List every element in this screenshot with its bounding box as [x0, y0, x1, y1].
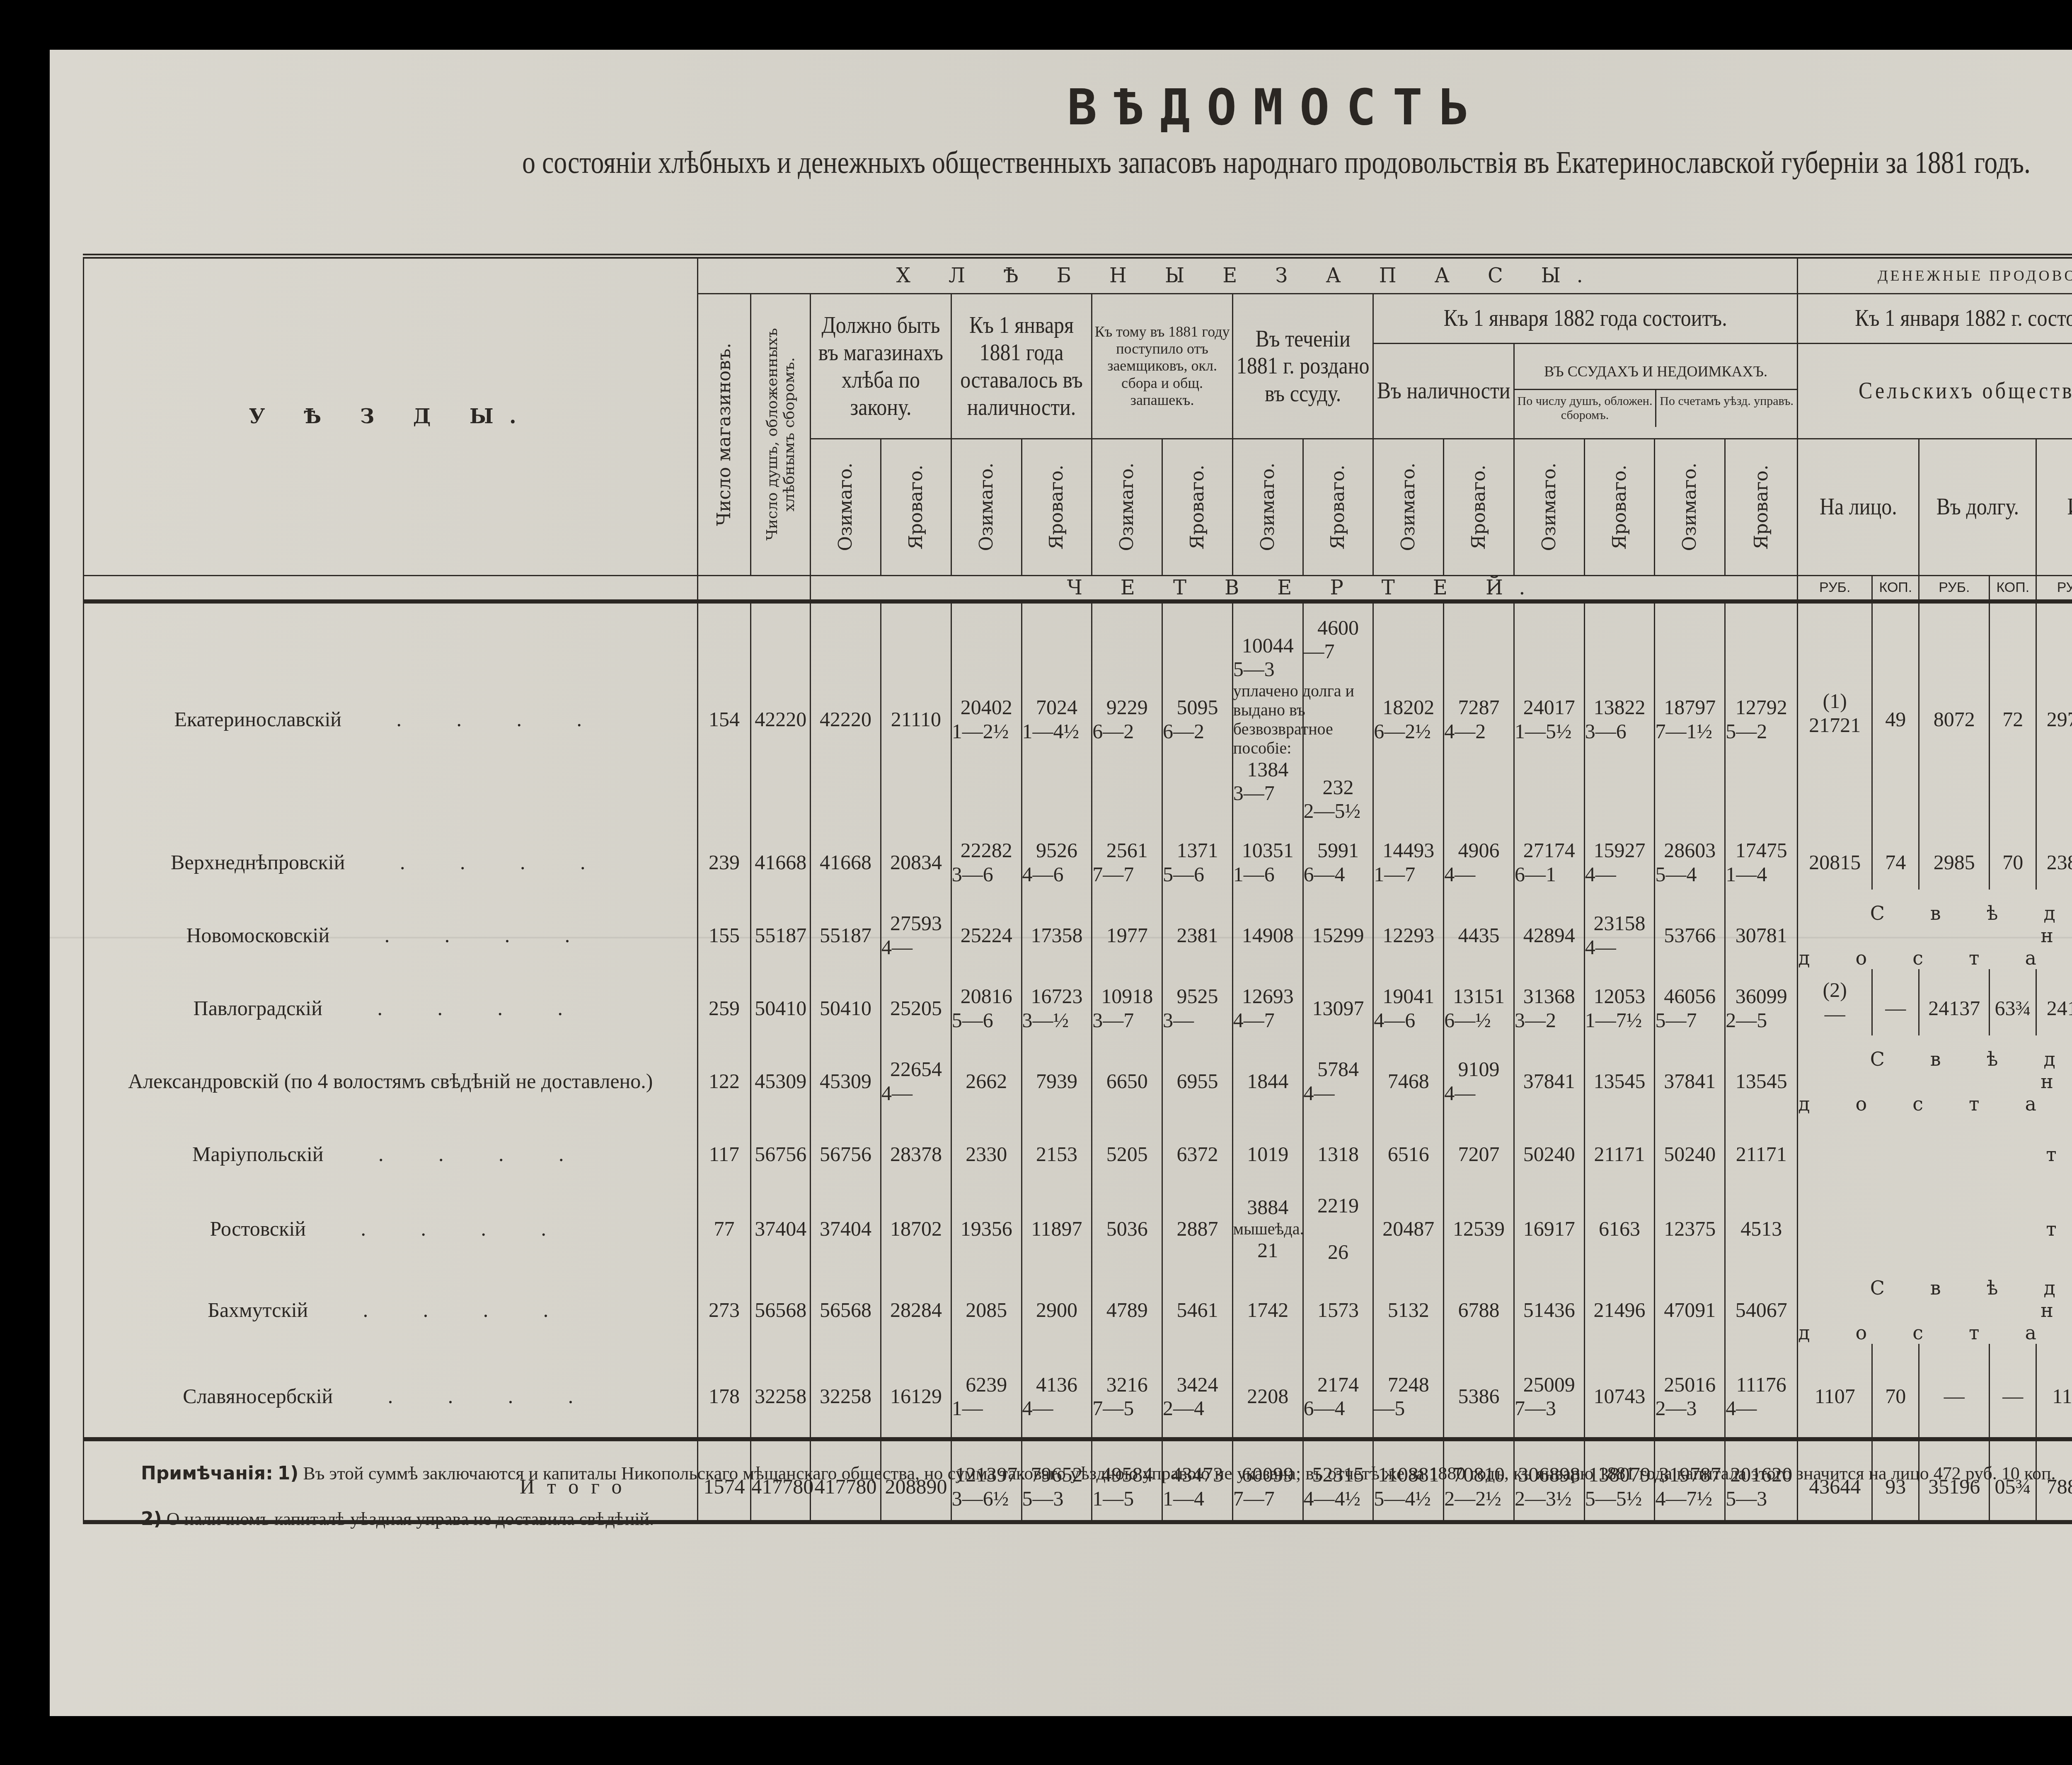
header-jan1881: Къ 1 января 1881 года оставалось въ нали… — [951, 283, 1092, 450]
uezd-name-text: Екатеринославскiй — [174, 708, 342, 731]
grain-fraction: 5—4 — [1655, 863, 1724, 887]
grain-cell: 45309 — [811, 1035, 881, 1115]
uezd-name: Екатеринославскiй . . . . — [84, 601, 698, 823]
grain-value: 2330 — [966, 1142, 1007, 1166]
grain-cell: 32167—5 — [1092, 1344, 1162, 1439]
grain-cell: 226544— — [881, 1035, 951, 1115]
grain-cell: 117 — [697, 1115, 751, 1181]
grain-fraction: 5—2 — [1726, 720, 1797, 744]
money-cell: 70 — [1872, 1344, 1919, 1439]
footnote-2: 2) О наличномъ капиталѣ уѣздная управа н… — [141, 1496, 2072, 1542]
uezd-name-text: Павлоградскiй — [194, 996, 322, 1020]
grain-value: 154 — [709, 708, 740, 731]
grain-fraction: 2—3 — [1655, 1396, 1724, 1421]
grain-cell: 187977—1½ — [1655, 601, 1725, 823]
grain-cell: 42220 — [751, 601, 811, 823]
grain-cell: 222823—6 — [951, 823, 1021, 890]
grain-value: 50410 — [820, 996, 871, 1020]
grain-cell: 5386 — [1444, 1344, 1514, 1439]
grain-cell: 1977 — [1092, 890, 1162, 969]
grain-value: 12293 — [1382, 924, 1434, 947]
grain-cell: 271746—1 — [1514, 823, 1584, 890]
extra-value: 232 — [1304, 776, 1373, 800]
grain-value: 1371 — [1176, 839, 1218, 862]
money-message: то же. — [1798, 1115, 2072, 1181]
uezd-name: Славяносербскiй . . . . — [84, 1344, 698, 1439]
grain-cell: 20834 — [881, 823, 951, 890]
grain-cell: 20487 — [1373, 1181, 1444, 1264]
money-value: — — [2002, 1384, 2023, 1408]
grain-cell: 21496 — [1584, 1264, 1655, 1344]
grain-fraction: 3—7 — [1092, 1009, 1162, 1033]
grain-cell: 77 — [697, 1181, 751, 1264]
grain-fraction: —5 — [1374, 1396, 1443, 1421]
grain-fraction: 1—6 — [1233, 863, 1302, 887]
grain-value: 25224 — [961, 924, 1012, 947]
grain-cell: 21746—4 — [1303, 1344, 1373, 1439]
grain-fraction: 5—6 — [952, 1009, 1021, 1033]
money-value: 1107 — [2052, 1384, 2072, 1408]
header-blank — [84, 575, 698, 601]
grain-cell: 250097—3 — [1514, 1344, 1584, 1439]
grain-value: 9229 — [1106, 696, 1148, 719]
grain-value: 4789 — [1106, 1298, 1148, 1321]
money-cell: 24137 — [1919, 969, 1990, 1035]
grain-cell: 16917 — [1514, 1181, 1584, 1264]
money-cell: 1107 — [1798, 1344, 1872, 1439]
grain-cell: 42894 — [1514, 890, 1584, 969]
grain-value: 32258 — [755, 1384, 806, 1408]
grain-value: 4136 — [1036, 1373, 1077, 1396]
grain-value: 5461 — [1176, 1298, 1218, 1321]
grain-value: 9109 — [1458, 1057, 1500, 1081]
leader-dots: . . . . — [347, 996, 588, 1020]
document-title: ВѢДОМОСТЬ — [0, 79, 2072, 136]
grain-cell: 56756 — [811, 1115, 881, 1181]
grain-fraction: 4—2 — [1444, 720, 1513, 744]
grain-value: 18797 — [1664, 696, 1716, 719]
grain-cell: 6372 — [1162, 1115, 1233, 1181]
uezd-name: Павлоградскiй . . . . — [84, 969, 698, 1035]
grain-fraction: 7—7 — [1092, 863, 1162, 887]
grain-cell: 50410 — [751, 969, 811, 1035]
uezd-name-text: Бахмутскiй — [208, 1298, 308, 1321]
grain-fraction: 4— — [1022, 1396, 1092, 1421]
grain-cell: 13097 — [1303, 969, 1373, 1035]
grain-cell: 7248—5 — [1373, 1344, 1444, 1439]
grain-cell: 208165—6 — [951, 969, 1021, 1035]
grain-cell: 18702 — [881, 1181, 951, 1264]
grain-value: 122 — [709, 1069, 740, 1093]
grain-value: 9525 — [1176, 984, 1218, 1008]
grain-cell: 37404 — [751, 1181, 811, 1264]
grain-value: 3884 — [1247, 1195, 1288, 1219]
grain-value: 18202 — [1382, 696, 1434, 719]
grain-fraction: 6—2 — [1092, 720, 1162, 744]
money-message: Свѣдѣнiй не доставлено. — [1798, 1035, 2072, 1115]
grain-value: 7287 — [1458, 696, 1500, 719]
grain-cell: 15299 — [1303, 890, 1373, 969]
grain-cell: 6163 — [1584, 1181, 1655, 1264]
grain-cell: 103511—6 — [1232, 823, 1303, 890]
grain-fraction: 4— — [1444, 1081, 1513, 1106]
grain-value: 47091 — [1664, 1298, 1716, 1321]
grain-cell: 32258 — [751, 1344, 811, 1439]
grain-cell: 13715—6 — [1162, 823, 1233, 890]
header-winter: Озимаго. — [1092, 439, 1162, 575]
grain-value: 51436 — [1523, 1298, 1575, 1321]
grain-fraction: 1—7½ — [1585, 1009, 1654, 1033]
header-in-loans: ВЪ ССУДАХЪ И НЕДОИМКАХЪ. По числу душъ, … — [1514, 343, 1797, 439]
grain-cell: 120531—7½ — [1584, 969, 1655, 1035]
grain-cell: 25617—7 — [1092, 823, 1162, 890]
grain-value: 46056 — [1664, 984, 1716, 1008]
grain-value: 155 — [709, 924, 740, 947]
header-spring: Яроваго. — [1021, 439, 1092, 575]
grain-value: 50410 — [755, 996, 806, 1020]
grain-fraction: 3—½ — [1022, 1009, 1092, 1033]
header-spring: Яроваго. — [1584, 439, 1655, 575]
grain-cell: 11897 — [1021, 1181, 1092, 1264]
money-value: 24137 — [1928, 996, 1980, 1020]
leader-dots: . . . . — [358, 1384, 598, 1408]
header-received1881: Къ тому въ 1881 году поступило отъ заемщ… — [1092, 293, 1233, 439]
grain-fraction: 6—4 — [1304, 863, 1373, 887]
uezd-name-text: Александровскiй (по 4 волостямъ свѣдѣнiй… — [128, 1069, 653, 1093]
grain-cell: 144931—7 — [1373, 823, 1444, 890]
grain-value: 5132 — [1388, 1298, 1429, 1321]
grain-value: 13151 — [1453, 984, 1505, 1008]
grain-value: 12539 — [1453, 1217, 1505, 1240]
table-body: Екатеринославскiй . . . .154422204222021… — [84, 601, 2072, 1522]
grain-cell: 28378 — [881, 1115, 951, 1181]
grain-cell: 55187 — [811, 890, 881, 969]
grain-fraction: 1— — [952, 1396, 1021, 1421]
grain-value: 23158 — [1594, 912, 1646, 935]
grain-value: 37404 — [820, 1217, 871, 1240]
grain-cell: 4435 — [1444, 890, 1514, 969]
grain-cell: 37404 — [811, 1181, 881, 1264]
grain-cell: 4789 — [1092, 1264, 1162, 1344]
grain-fraction: —7 — [1304, 640, 1373, 664]
grain-value: 53766 — [1664, 924, 1716, 947]
money-cell: (2)— — [1798, 969, 1872, 1035]
footnotes: Примѣчанiя: 1) Въ этой суммѣ заключаются… — [141, 1451, 2072, 1542]
grain-value: 1318 — [1317, 1142, 1359, 1166]
grain-value: 5036 — [1106, 1217, 1148, 1240]
grain-value: 12375 — [1664, 1217, 1716, 1240]
money-value: 74 — [1885, 851, 1906, 874]
money-value: 70 — [2002, 851, 2023, 874]
grain-fraction: 6—2½ — [1374, 720, 1443, 744]
grain-value: 21110 — [891, 708, 941, 731]
grain-value: 21171 — [1736, 1142, 1787, 1166]
grain-value: 6788 — [1458, 1298, 1500, 1321]
grain-value: 5205 — [1106, 1142, 1148, 1166]
grain-cell: 1573 — [1303, 1264, 1373, 1344]
grain-value: 4435 — [1458, 924, 1500, 947]
grain-cell: 100445—3уплачено долга и выдано въ безво… — [1232, 601, 1303, 823]
header-blank — [697, 575, 811, 601]
grain-value: 4906 — [1458, 839, 1500, 862]
grain-fraction: 1—4 — [1726, 863, 1797, 887]
grain-value: 10918 — [1101, 984, 1153, 1008]
grain-value: 13097 — [1312, 996, 1364, 1020]
grain-fraction: 4— — [881, 936, 951, 960]
grain-value: 2662 — [966, 1069, 1007, 1093]
grain-value: 1844 — [1247, 1069, 1288, 1093]
grain-value: 41668 — [820, 851, 871, 874]
grain-fraction: 4—6 — [1374, 1009, 1443, 1033]
grain-value: 12053 — [1594, 984, 1646, 1008]
grain-value: 37841 — [1523, 1069, 1575, 1093]
grain-cell: 12375 — [1655, 1181, 1725, 1264]
grain-fraction: 4—7 — [1233, 1009, 1302, 1033]
uezd-name: Александровскiй (по 4 волостямъ свѣдѣнiй… — [84, 1035, 698, 1115]
grain-cell: 42220 — [811, 601, 881, 823]
money-footnote-ref: (2) — [1798, 978, 1871, 1002]
grain-cell: 72874—2 — [1444, 601, 1514, 823]
header-spring: Яроваго. — [881, 439, 951, 575]
grain-value: 1573 — [1317, 1298, 1359, 1321]
grain-cell: 1742 — [1232, 1264, 1303, 1344]
grain-cell: 95253— — [1162, 969, 1233, 1035]
grain-value: 20816 — [961, 984, 1012, 1008]
grain-fraction: 5—3 — [1233, 657, 1302, 681]
money-cell: 24137 — [2036, 969, 2072, 1035]
grain-fraction: 4— — [1585, 936, 1654, 960]
money-cell: 23801 — [2036, 823, 2072, 890]
grain-value: 9526 — [1036, 839, 1077, 862]
grain-cell: 62391— — [951, 1344, 1021, 1439]
grain-cell: 30781 — [1725, 890, 1798, 969]
grain-value: 5095 — [1176, 696, 1218, 719]
money-cell: 70 — [1990, 823, 2036, 890]
table-row: Екатеринославскiй . . . .154422204222021… — [84, 601, 2072, 823]
table-row: Марiупольскiй . . . .1175675656756283782… — [84, 1115, 2072, 1181]
grain-cell: 2208 — [1232, 1344, 1303, 1439]
grain-cell: 5132 — [1373, 1264, 1444, 1344]
uezd-name-text: Славяносербскiй — [183, 1384, 333, 1408]
grain-value: 7939 — [1036, 1069, 1077, 1093]
grain-cell: 41668 — [811, 823, 881, 890]
grain-cell: 2085 — [951, 1264, 1021, 1344]
grain-cell: 1019 — [1232, 1115, 1303, 1181]
grain-fraction: 6—1 — [1515, 863, 1584, 887]
grain-value: 14908 — [1242, 924, 1294, 947]
grain-fraction: 6—2 — [1163, 720, 1232, 744]
uezd-name-text: Марiупольскiй — [192, 1142, 324, 1166]
header-chetvertey: Ч Е Т В Е Р Т Е Й. — [811, 575, 1798, 601]
grain-value: 55187 — [820, 924, 871, 947]
leader-dots: . . . . — [366, 708, 607, 731]
grain-value: 4600 — [1317, 616, 1359, 639]
grain-value: 6955 — [1176, 1069, 1218, 1093]
grain-value: 50240 — [1664, 1142, 1716, 1166]
grain-cell: 50956—2 — [1162, 601, 1233, 823]
uezd-name-text: Новомосковскiй — [186, 924, 329, 947]
money-value: 1107 — [1815, 1384, 1855, 1408]
grain-value: 7207 — [1458, 1142, 1500, 1166]
grain-value: 30781 — [1736, 924, 1787, 947]
grain-cell: 47091 — [1655, 1264, 1725, 1344]
money-message: то же. — [1798, 1181, 2072, 1264]
grain-cell: 360992—5 — [1725, 969, 1798, 1035]
grain-cell: 109183—7 — [1092, 969, 1162, 1035]
grain-value: 37841 — [1664, 1069, 1716, 1093]
grain-cell: 7468 — [1373, 1035, 1444, 1115]
footnote-2-text: О наличномъ капиталѣ уѣздная управа не д… — [167, 1509, 654, 1529]
grain-fraction: 7—3 — [1515, 1396, 1584, 1421]
grain-cell: 54067 — [1725, 1264, 1798, 1344]
money-cell: 63¾ — [1990, 969, 2036, 1035]
grain-cell: 7939 — [1021, 1035, 1092, 1115]
grain-value: 6516 — [1388, 1142, 1429, 1166]
grain-value: 45309 — [755, 1069, 806, 1093]
header-should-be: Должно быть въ магазинахъ хлѣба по закон… — [811, 283, 951, 450]
money-value: — — [1825, 1002, 1845, 1026]
grain-cell: 5036 — [1092, 1181, 1162, 1264]
grain-fraction: 3—2 — [1515, 1009, 1584, 1033]
uezd-name: Верхнеднѣпровскiй . . . . — [84, 823, 698, 890]
grain-fraction: 3—6 — [1585, 720, 1654, 744]
grain-cell: 59916—4 — [1303, 823, 1373, 890]
grain-cell: 182026—2½ — [1373, 601, 1444, 823]
grain-cell: 174751—4 — [1725, 823, 1798, 890]
table-row: Верхнеднѣпровскiй . . . .239416684166820… — [84, 823, 2072, 890]
footnote-1-text: Въ этой суммѣ заключаются и капиталы Ник… — [303, 1463, 2055, 1484]
grain-cell: 34242—4 — [1162, 1344, 1233, 1439]
footnote-1-marker: 1) — [278, 1463, 299, 1484]
grain-value: 14493 — [1382, 839, 1434, 862]
grain-value: 259 — [709, 996, 740, 1020]
money-cell: (1)21721 — [1798, 601, 1872, 823]
grain-value: 17358 — [1031, 924, 1082, 947]
grain-value: 4513 — [1740, 1217, 1782, 1240]
grain-value: 42220 — [755, 708, 806, 731]
grain-fraction: 1—5½ — [1515, 720, 1584, 744]
grain-value: 18702 — [890, 1217, 942, 1240]
grain-value: 2085 — [966, 1298, 1007, 1321]
grain-cell: 5461 — [1162, 1264, 1233, 1344]
grain-value: 22282 — [961, 839, 1012, 862]
leader-dots: . . . . — [331, 1217, 571, 1240]
money-value: 70 — [1885, 1384, 1906, 1408]
money-message: Свѣдѣнiй не доставлено. — [1798, 890, 2072, 969]
grain-value: 24017 — [1523, 696, 1575, 719]
leader-dots: . . . . — [370, 851, 610, 874]
money-message: Свѣдѣнiй не доставлено. — [1798, 1264, 2072, 1344]
grain-value: 55187 — [755, 924, 806, 947]
extra-note: уплачено долга и выдано въ безвозвратное… — [1233, 681, 1366, 758]
grain-cell: 159274— — [1584, 823, 1655, 890]
money-cell: 8072 — [1919, 601, 1990, 823]
grain-value: 6372 — [1176, 1142, 1218, 1166]
header-on-hand: Въ наличности — [1373, 336, 1514, 446]
grain-value: 1742 — [1247, 1298, 1288, 1321]
grain-cell: 19356 — [951, 1181, 1021, 1264]
grain-value: 11897 — [1031, 1217, 1082, 1240]
grain-value: 28603 — [1664, 839, 1716, 862]
grain-value: 2561 — [1106, 839, 1148, 862]
table-row: Павлоградскiй . . . .2595041050410252052… — [84, 969, 2072, 1035]
money-cell: 49 — [1872, 601, 1919, 823]
grain-value: 2153 — [1036, 1142, 1077, 1166]
grain-value: 2208 — [1247, 1384, 1288, 1408]
grain-cell: 131516—½ — [1444, 969, 1514, 1035]
grain-value: 1977 — [1106, 924, 1148, 947]
grain-value: 17475 — [1736, 839, 1787, 862]
grain-fraction: 4— — [1444, 863, 1513, 887]
grain-fraction: 1—4½ — [1022, 720, 1092, 744]
grain-value: 56756 — [755, 1142, 806, 1166]
grain-cell: 6788 — [1444, 1264, 1514, 1344]
money-value: 24137 — [2047, 996, 2072, 1020]
grain-value: 42894 — [1523, 924, 1575, 947]
grain-cell: 204021—2½ — [951, 601, 1021, 823]
grain-cell: 4513 — [1725, 1181, 1798, 1264]
grain-fraction: 3—6 — [952, 863, 1021, 887]
uezd-name: Бахмутскiй . . . . — [84, 1264, 698, 1344]
header-winter: Озимаго. — [1232, 439, 1303, 575]
money-cell: 2985 — [1919, 823, 1990, 890]
money-value: 20815 — [1809, 851, 1861, 874]
grain-cell: 51436 — [1514, 1264, 1584, 1344]
uezd-name: Новомосковскiй . . . . — [84, 890, 698, 969]
grain-cell: 70241—4½ — [1021, 601, 1092, 823]
grain-value: 178 — [709, 1384, 740, 1408]
header-debt: Въ долгу. — [1919, 428, 2036, 586]
grain-value: 36099 — [1736, 984, 1787, 1008]
grain-value: 27174 — [1523, 839, 1575, 862]
grain-cell: 50240 — [1655, 1115, 1725, 1181]
header-winter: Озимаго. — [951, 439, 1021, 575]
header-num-souls: Число душъ, обложенныхъ хлѣбнымъ сборомъ… — [751, 293, 811, 575]
grain-cell: 50240 — [1514, 1115, 1584, 1181]
document-subtitle: о состоянiи хлѣбныхъ и денежныхъ обществ… — [0, 144, 2072, 181]
grain-value: 13545 — [1736, 1069, 1787, 1093]
grain-value: 6163 — [1599, 1217, 1640, 1240]
grain-fraction: 3— — [1163, 1009, 1232, 1033]
grain-fraction: 4—6 — [1022, 863, 1092, 887]
grain-value: 20487 — [1382, 1217, 1434, 1240]
grain-value: 19356 — [961, 1217, 1012, 1240]
extra-value: 21 — [1233, 1239, 1302, 1263]
grain-cell: 111764— — [1725, 1344, 1798, 1439]
grain-value: 239 — [709, 851, 740, 874]
grain-fraction: 1—7 — [1374, 863, 1443, 887]
uezd-name-text: Ростовскiй — [210, 1217, 306, 1240]
grain-value: 21171 — [1594, 1142, 1645, 1166]
uezd-name-text: Верхнеднѣпровскiй — [171, 851, 345, 874]
grain-cell: 2153 — [1021, 1115, 1092, 1181]
grain-value: 2887 — [1176, 1217, 1218, 1240]
grain-cell: 7207 — [1444, 1115, 1514, 1181]
money-cell: 74 — [1872, 823, 1919, 890]
money-cell: 1107 — [2036, 1344, 2072, 1439]
grain-cell: 6516 — [1373, 1115, 1444, 1181]
grain-cell: 178 — [697, 1344, 751, 1439]
grain-cell: 273 — [697, 1264, 751, 1344]
header-uezdy: У Ѣ З Д Ы. — [84, 256, 698, 575]
grain-value: 42220 — [820, 708, 871, 731]
grain-cell: 95264—6 — [1021, 823, 1092, 890]
grain-cell: 28284 — [881, 1264, 951, 1344]
header-itogo: Итого. — [2036, 428, 2072, 586]
grain-value: 13822 — [1594, 696, 1646, 719]
uezd-name: Ростовскiй . . . . — [84, 1181, 698, 1264]
money-value: — — [1885, 996, 1906, 1020]
